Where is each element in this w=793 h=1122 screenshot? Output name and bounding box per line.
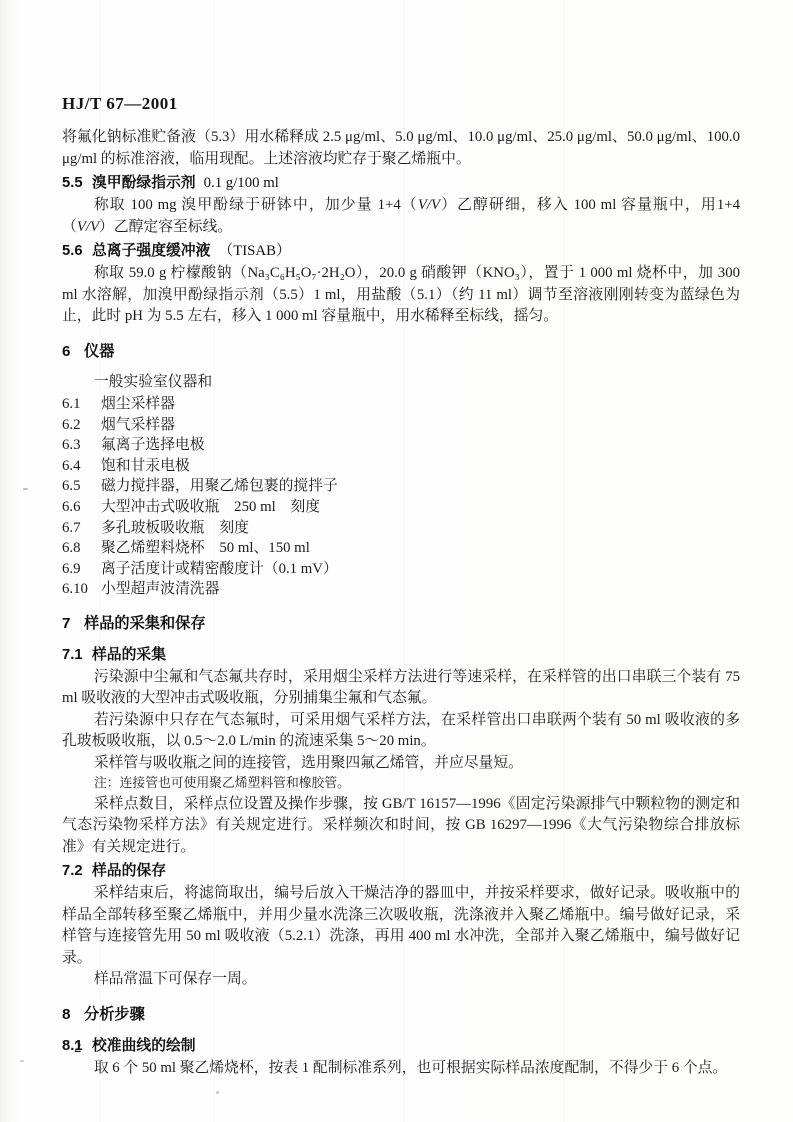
paragraph-connecting-tube: 采样管与吸收瓶之间的连接管，选用聚四氟乙烯管，并应尽量短。 [62,753,740,775]
chapter-number: 8 [62,1004,84,1026]
list-item: 6.5磁力搅拌器，用聚乙烯包裹的搅拌子 [62,476,740,497]
clause-spec: （TISAB） [218,243,290,259]
clause-heading-8-1: 8.1校准曲线的绘制 [62,1035,740,1057]
clause-heading-7-1: 7.1样品的采集 [62,644,740,666]
paragraph-apparatus-intro: 一般实验室仪器和 [62,372,740,394]
item-text: 离子活度计或精密酸度计（0.1 mV） [101,561,338,577]
chapter-title: 样品的采集和保存 [84,615,206,632]
item-text: 烟气采样器 [101,417,175,433]
vv-ratio-italic: V/V [77,219,99,235]
scan-speck [216,1091,219,1094]
clause-heading-5-5: 5.5溴甲酚绿指示剂0.1 g/100 ml [62,172,740,194]
item-text: 大型冲击式吸收瓶 250 ml 刻度 [101,499,320,515]
chapter-heading-6: 6仪器 [62,341,740,363]
chapter-heading-8: 8分析步骤 [62,1004,740,1026]
item-number: 6.5 [62,476,95,497]
paragraph-tisab-prep: 称取 59.0 g 柠檬酸钠（Na₃C₆H₅O₇·2H₂O），20.0 g 硝酸… [62,263,740,328]
paragraph-indicator-prep: 称取 100 mg 溴甲酚绿于研钵中，加少量 1+4（V/V）乙醇研细，移入 1… [62,195,740,238]
item-text: 聚乙烯塑料烧杯 50 ml、150 ml [101,540,310,556]
item-number: 6.10 [62,579,95,600]
item-text: 饱和甘汞电极 [101,458,190,474]
list-item: 6.9离子活度计或精密酸度计（0.1 mV） [62,559,740,580]
item-number: 6.8 [62,538,95,559]
standard-code-header: HJ/T 67—2001 [62,94,740,114]
note-connecting-tube: 注：连接管也可使用聚乙烯塑料管和橡胶管。 [62,774,740,794]
scanned-document-page: HJ/T 67—2001 将氟化钠标准贮备液（5.3）用水稀释成 2.5 μg/… [0,0,793,1122]
item-number: 6.6 [62,497,95,518]
paragraph-sample-storage-time: 样品常温下可保存一周。 [62,969,740,991]
item-number: 6.7 [62,518,95,539]
clause-number: 5.6 [62,240,92,262]
paragraph-sampling-both: 污染源中尘氟和气态氟共存时，采用烟尘采样方法进行等速采样，在采样管的出口串联三个… [62,667,740,710]
scan-speck [23,488,28,490]
list-item: 6.7多孔玻板吸收瓶 刻度 [62,518,740,539]
clause-number: 7.1 [62,644,92,666]
paragraph-calibration-series: 取 6 个 50 ml 聚乙烯烧杯，按表 1 配制标准系列，也可根据实际样品浓度… [62,1058,740,1080]
clause-title: 溴甲酚绿指示剂 [92,175,196,191]
paragraph-standard-dilution: 将氟化钠标准贮备液（5.3）用水稀释成 2.5 μg/ml、5.0 μg/ml、… [62,127,740,170]
paragraph-sample-transfer: 采样结束后，将滤筒取出，编号后放入干燥洁净的器皿中，并按采样要求，做好记录。吸收… [62,883,740,969]
chapter-number: 6 [62,341,84,363]
clause-title: 样品的采集 [92,647,166,663]
list-item: 6.6大型冲击式吸收瓶 250 ml 刻度 [62,497,740,518]
item-number: 6.3 [62,435,95,456]
chapter-number: 7 [62,613,84,635]
list-item: 6.8聚乙烯塑料烧杯 50 ml、150 ml [62,538,740,559]
item-text: 多孔玻板吸收瓶 刻度 [101,520,249,536]
page-number: 2 [74,1040,82,1057]
scan-speck [20,1060,24,1062]
page-content: HJ/T 67—2001 将氟化钠标准贮备液（5.3）用水稀释成 2.5 μg/… [62,94,740,1079]
list-item: 6.4饱和甘汞电极 [62,456,740,477]
clause-heading-5-6: 5.6总离子强度缓冲液（TISAB） [62,240,740,262]
item-number: 6.1 [62,394,95,415]
clause-title: 校准曲线的绘制 [92,1038,196,1054]
clause-heading-7-2: 7.2样品的保存 [62,860,740,882]
item-text: 小型超声波清洗器 [101,581,219,597]
text-segment: 称取 100 mg 溴甲酚绿于研钵中，加少量 1+4（ [94,197,418,213]
list-item: 6.1烟尘采样器 [62,394,740,415]
vv-ratio-italic: V/V [418,197,440,213]
paragraph-sampling-points: 采样点数目，采样点位设置及操作步骤，按 GB/T 16157—1996《固定污染… [62,794,740,859]
clause-number: 7.2 [62,860,92,882]
apparatus-list: 6.1烟尘采样器 6.2烟气采样器 6.3氟离子选择电极 6.4饱和甘汞电极 6… [62,394,740,600]
item-number: 6.2 [62,415,95,436]
paragraph-sampling-gaseous: 若污染源中只存在气态氟时，可采用烟气采样方法，在采样管出口串联两个装有 50 m… [62,710,740,753]
chapter-heading-7: 7样品的采集和保存 [62,613,740,635]
item-text: 磁力搅拌器，用聚乙烯包裹的搅拌子 [101,478,338,494]
chapter-title: 仪器 [84,343,114,360]
item-number: 6.4 [62,456,95,477]
chapter-title: 分析步骤 [84,1006,145,1023]
text-segment: ）乙醇定容至标线。 [99,219,232,235]
list-item: 6.10小型超声波清洗器 [62,579,740,600]
item-text: 氟离子选择电极 [101,437,205,453]
clause-title: 样品的保存 [92,863,166,879]
list-item: 6.2烟气采样器 [62,415,740,436]
item-text: 烟尘采样器 [101,396,175,412]
item-number: 6.9 [62,559,95,580]
clause-spec: 0.1 g/100 ml [204,175,279,191]
list-item: 6.3氟离子选择电极 [62,435,740,456]
clause-title: 总离子强度缓冲液 [92,243,210,259]
clause-number: 5.5 [62,172,92,194]
